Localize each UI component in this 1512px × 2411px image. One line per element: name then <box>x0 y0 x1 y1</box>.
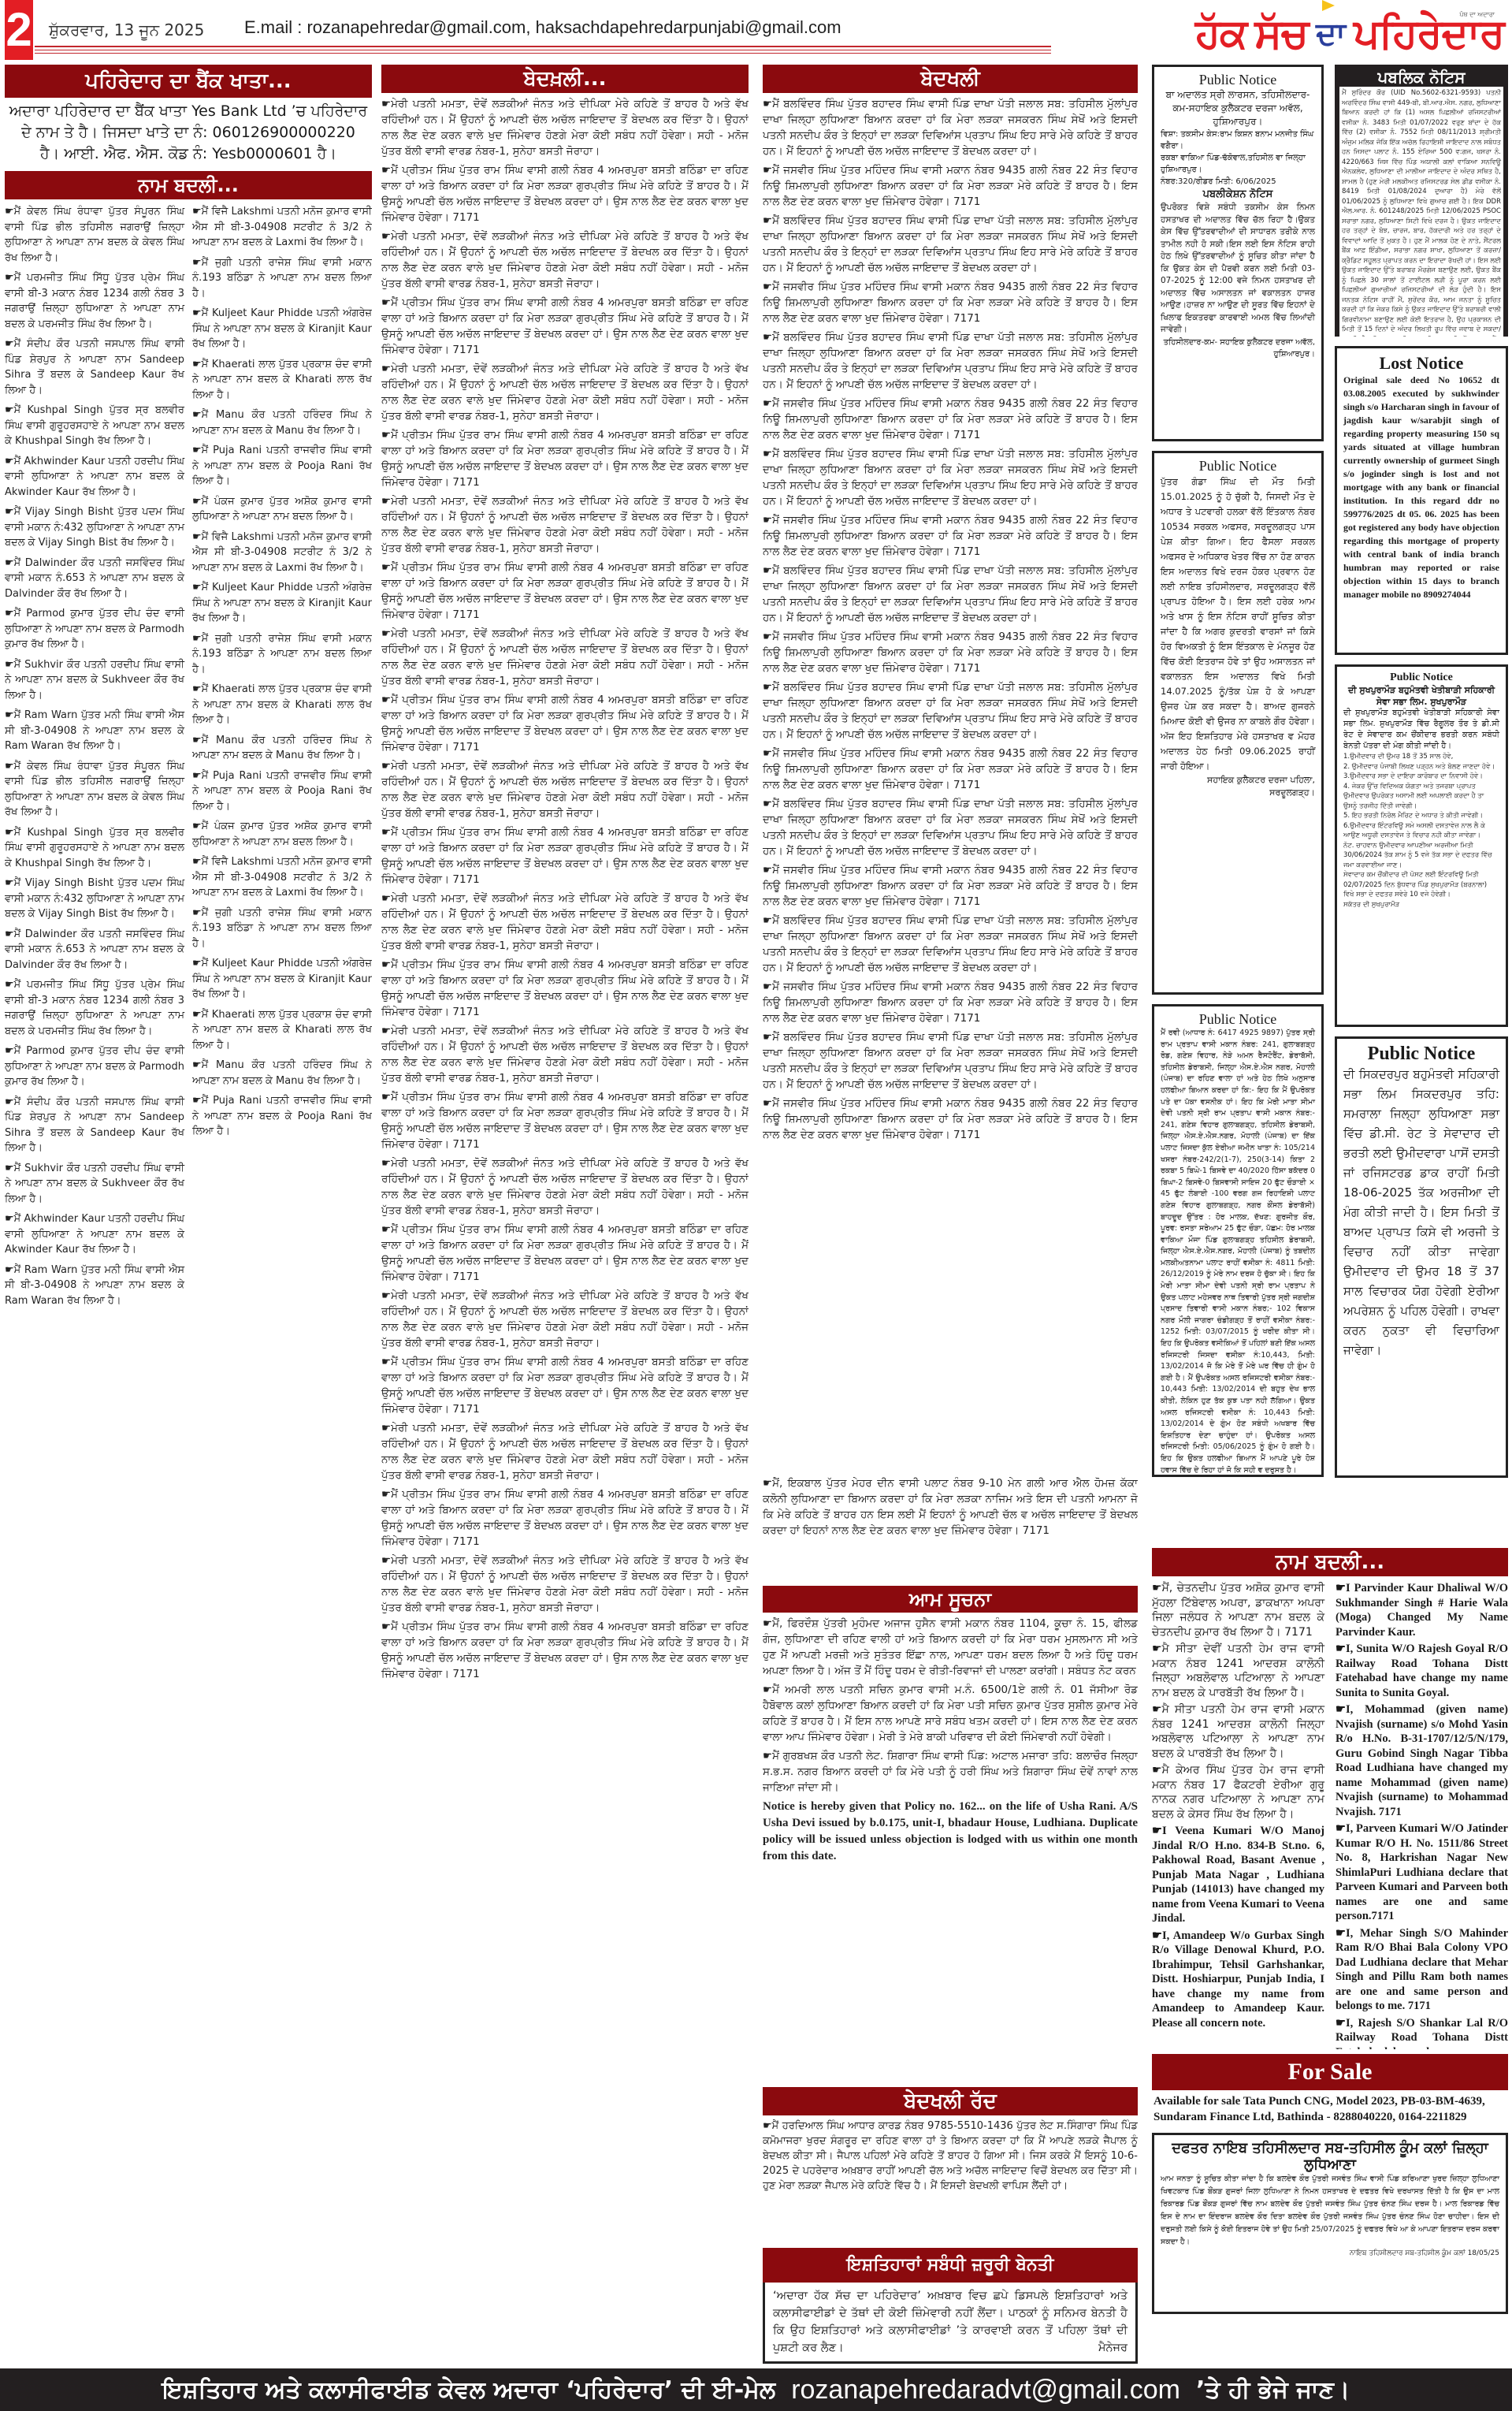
bank-ifsc-code: ਹੈ। ਆਈ. ਐਫ. ਐਸ. ਕੋਡ ਨੰ: Yesb0000601 ਹੈ। <box>6 143 370 165</box>
list-item: ਮੇਰੀ ਪਤਨੀ ਮਮਤਾ, ਦੋਵੇਂ ਲੜਕੀਆਂ ਜੰਨਤ ਅਤੇ ਦੀ… <box>381 1420 749 1483</box>
list-item: ਮੈਂ ਪੰਕਜ ਕੁਮਾਰ ਪੁੱਤਰ ਅਸ਼ੋਕ ਕੁਮਾਰ ਵਾਸੀ ਲੁ… <box>192 494 372 525</box>
section-header-name-change: ਨਾਮ ਬਦਲੀ... <box>5 171 372 199</box>
public-notice-hoshiarpur: Public Notice ਬਾ ਅਦਾਲਤ ਸ੍ਰੀ ਲਾਰਸਨ, ਤਹਿਸੀ… <box>1152 65 1324 441</box>
section-header-bedakhli: ਬੇਦਖਲੀ <box>763 65 1138 93</box>
list-item: ਮੈਂ ਪ੍ਰੀਤਮ ਸਿੰਘ ਪੁੱਤਰ ਰਾਮ ਸਿੰਘ ਵਾਸੀ ਗਲੀ … <box>381 1619 749 1682</box>
name-change-col-left: ਮੈਂ, ਚੇਤਨਦੀਪ ਪੁੱਤਰ ਅਸ਼ੋਕ ਕੁਮਾਰ ਵਾਸੀ ਮੁੱਹ… <box>1152 1581 1324 2049</box>
notice-body: ਦੀ ਸਿਕਦਰਪੁਰ ਬਹੁਮੰਤਵੀ ਸਹਿਕਾਰੀ ਸਭਾ ਲਿਮ ਸਿਕ… <box>1343 1065 1499 1360</box>
list-item: ਮੈਂ ਬਲਵਿੰਦਰ ਸਿੰਘ ਪੁੱਤਰ ਬਹਾਦਰ ਸਿੰਘ ਵਾਸੀ ਪ… <box>763 329 1138 393</box>
list-item: ਮੈਂ Akhwinder Kaur ਪਤਨੀ ਹਰਦੀਪ ਸਿੰਘ ਵਾਸੀ … <box>5 454 184 500</box>
masthead: 2 ਸ਼ੁੱਕਰਵਾਰ, 13 ਜੂਨ 2025 E.mail : rozana… <box>0 0 1512 65</box>
list-item: ਮੈਂ ਜਸਵੀਰ ਸਿੰਘ ਪੁੱਤਰ ਮਹਿੰਦਰ ਸਿੰਘ ਵਾਸੀ ਮਕ… <box>763 629 1138 676</box>
list-item: ਮੈਂ Ram Warn ਪੁੱਤਰ ਮਨੀ ਸਿੰਘ ਵਾਸੀ ਐਸ ਸੀ ਬ… <box>5 1263 184 1309</box>
list-item: ਮੈਂ ਬਲਵਿੰਦਰ ਸਿੰਘ ਪੁੱਤਰ ਬਹਾਦਰ ਸਿੰਘ ਵਾਸੀ ਪ… <box>763 1029 1138 1092</box>
column-bank-name-change: ਪਹਿਰੇਦਾਰ ਦਾ ਬੈਂਕ ਖਾਤਾ... ਅਦਾਰਾ ਪਹਿਰੇਦਾਰ … <box>5 65 372 2366</box>
bedakhli-iqbal: ਮੈਂ, ਇਕਬਾਲ ਪੁੱਤਰ ਮੇਹਰ ਦੀਨ ਵਾਸੀ ਪਲਾਟ ਨੰਬਰ… <box>763 1475 1138 1539</box>
list-item: ਮੈਂ ਪਰਮਜੀਤ ਸਿੰਘ ਸਿੱਧੂ ਪੁੱਤਰ ਪ੍ਰੇਮ ਸਿੰਘ ਵ… <box>5 977 184 1039</box>
column-notices-right: ਪਬਲਿਕ ਨੋਟਿਸ ਮੈਂ ਸੁਰਿੰਦਰ ਕੌਰ (UID No.5602… <box>1335 65 1508 1546</box>
public-notice-sardulgarh: Public Notice ਪੁੱਤਰ ਗੰਡਾ ਸਿੰਘ ਦੀ ਮੌਤ ਮਿਤ… <box>1152 451 1324 995</box>
notice-body: Original sale deed No 10652 dt 03.08.200… <box>1343 374 1499 601</box>
notice-area: ਰਕਬਾ ਵਾਕਿਆ ਪਿੰਡ-ਢੱਕੋਵਾਲ,ਤਹਿਸੀਲ ਵਾ ਜਿਲ੍ਹਾ… <box>1161 152 1315 176</box>
bedakhli-list: ਮੈਂ ਬਲਵਿੰਦਰ ਸਿੰਘ ਪੁੱਤਰ ਬਹਾਦਰ ਸਿੰਘ ਵਾਸੀ ਪ… <box>763 93 1138 1143</box>
list-item: ਮੈਂ Kuljeet Kaur Phidde ਪਤਨੀ ਅੰਗਰੇਜ਼ ਸਿੰ… <box>192 580 372 627</box>
masthead-rule-thin <box>35 50 1051 50</box>
ad-request-section: ਇਸ਼ਤਿਹਾਰਾਂ ਸਬੰਧੀ ਜ਼ਰੂਰੀ ਬੇਨਤੀ ‘ਅਦਾਰਾ ਹੱਕ… <box>763 2248 1138 2364</box>
notice-subtitle: ਪਬਲੀਕੇਸ਼ਨ ਨੋਟਿਸ <box>1161 188 1315 202</box>
list-item: ਮੈਂ ਪੰਕਜ ਕੁਮਾਰ ਪੁੱਤਰ ਅਸ਼ੋਕ ਕੁਮਾਰ ਵਾਸੀ ਲੁ… <box>192 819 372 850</box>
list-item: ਮੇਰੀ ਪਤਨੀ ਮਮਤਾ, ਦੋਵੇਂ ਲੜਕੀਆਂ ਜੰਨਤ ਅਤੇ ਦੀ… <box>381 96 749 159</box>
list-item: ਮੈਂ, ਇਕਬਾਲ ਪੁੱਤਰ ਮੇਹਰ ਦੀਨ ਵਾਸੀ ਪਲਾਟ ਨੰਬਰ… <box>763 1475 1138 1539</box>
list-item: ਮੈਂ Kushpal Singh ਪੁੱਤਰ ਸ੍ਰ ਬਲਵੀਰ ਸਿੰਘ ਵ… <box>5 825 184 872</box>
list-item: ਮੈਂ ਪ੍ਰੀਤਮ ਸਿੰਘ ਪੁੱਤਰ ਰਾਮ ਸਿੰਘ ਵਾਸੀ ਗਲੀ … <box>381 1222 749 1285</box>
notice-point: ਸੇਵਾਦਾਰ ਕਮ ਚੌਂਕੀਦਾਰ ਦੀ ਪੋਸਟ ਲਈ ਇੰਟਰਵਿਊ ਮ… <box>1343 870 1499 900</box>
list-item: ਮੈਂ ਬਲਵਿੰਦਰ ਸਿੰਘ ਪੁੱਤਰ ਬਹਾਦਰ ਸਿੰਘ ਵਾਸੀ ਪ… <box>763 213 1138 276</box>
list-item: ਮੈ ਕੇਅਰ ਸਿੰਘ ਪੁੱਤਰ ਹੇਮ ਰਾਜ ਵਾਸੀ ਮਕਾਨ ਨੰਬ… <box>1152 1763 1324 1821</box>
flag-icon <box>1322 0 1335 11</box>
list-item: ਮੈਂ ਜੁਗੀ ਪਤਨੀ ਰਾਜੇਸ਼ ਸਿੰਘ ਵਾਸੀ ਮਕਾਨ ਨੰ.1… <box>192 906 372 952</box>
notice-body: ਦੀ ਸੁਖਪੁਰਾਮੌੜ ਬਹੁਮੰਤਵੀ ਖੇਤੀਬਾੜੀ ਸਹਿਕਾਰੀ … <box>1343 708 1499 752</box>
bank-account-info: ਅਦਾਰਾ ਪਹਿਰੇਦਾਰ ਦਾ ਬੈਂਕ ਖਾਤਾ Yes Bank Ltd… <box>5 98 372 168</box>
notice-title: Public Notice <box>1161 458 1315 474</box>
list-item: ਮੇਰੀ ਪਤਨੀ ਮਮਤਾ, ਦੋਵੇਂ ਲੜਕੀਆਂ ਜੰਨਤ ਅਤੇ ਦੀ… <box>381 361 749 424</box>
section-header-bedakhli: ਬੇਦਖ਼ਲੀ... <box>381 65 749 93</box>
list-item: I, Parveen Kumari W/O Jatinder Kumar R/O… <box>1336 1821 1508 1924</box>
list-item: ਮੈਂ Manu ਕੌਰ ਪਤਨੀ ਹਰਿੰਦਰ ਸਿੰਘ ਨੇ ਆਪਣਾ ਨਾ… <box>192 407 372 438</box>
notice-point: 2. ਉਮੀਦਵਾਰ ਪੰਜਾਬੀ ਲਿਖਣ ਪੜ੍ਹਨ ਅਤੇ ਬੋਲਣ ਜਾ… <box>1343 762 1499 772</box>
public-notice-sikandarpur: Public Notice ਦੀ ਸਿਕਦਰਪੁਰ ਬਹੁਮੰਤਵੀ ਸਹਿਕਾ… <box>1335 1036 1508 1478</box>
list-item: ਮੈਂ ਸੰਦੀਪ ਕੌਰ ਪਤਨੀ ਜਸਪਾਲ ਸਿੰਘ ਵਾਸੀ ਪਿੰਡ … <box>5 1095 184 1156</box>
bank-account-number: ਦੇ ਨਾਮ ਤੇ ਹੈ। ਜਿਸਦਾ ਖਾਤੇ ਦਾ ਨੰ: 06012690… <box>6 122 370 143</box>
notice-point: 6.ਉਮੀਦਵਾਰ ਇੰਟਰਵਿਊ ਸਮੇ ਅਸਲੀ ਦਸਤਾਵੇਜ਼ ਨਾਲ … <box>1343 821 1499 841</box>
aam-suchna-section: ਆਮ ਸੂਚਨਾ ਮੈਂ, ਫਿਰਦੌਸ਼ ਪੁੱਤਰੀ ਮੁਹੰਮਦ ਅਜਾਜ… <box>763 1586 1138 1865</box>
section-header-ad-request: ਇਸ਼ਤਿਹਾਰਾਂ ਸਬੰਧੀ ਜ਼ਰੂਰੀ ਬੇਨਤੀ <box>763 2248 1138 2283</box>
list-item: ਮੈਂ ਬਲਵਿੰਦਰ ਸਿੰਘ ਪੁੱਤਰ ਬਹਾਦਰ ਸਿੰਘ ਵਾਸੀ ਪ… <box>763 796 1138 859</box>
notice-signature: ਨਾਇਬ ਤਹਿਸੀਲਦਾਰ ਸਬ-ਤਹਿਸੀਲ ਕੂੰਮ ਕਲਾਂ 18/05… <box>1161 2249 1499 2259</box>
public-notice-sukhpura: Public Notice ਦੀ ਸੁਖਪੁਰਾਮੌੜ ਬਹੁਮੰਤਵੀ ਖੇਤ… <box>1335 664 1508 1027</box>
list-item: ਮੈਂ Kuljeet Kaur Phidde ਪਤਨੀ ਅੰਗਰੇਜ਼ ਸਿੰ… <box>192 956 372 1003</box>
list-item: ਮੈਂ Puja Rani ਪਤਨੀ ਰਾਜਵੀਰ ਸਿੰਘ ਵਾਸੀ ਨੇ ਆ… <box>192 1093 372 1140</box>
section-header-aam-suchna: ਆਮ ਸੂਚਨਾ <box>763 1586 1138 1613</box>
list-item: ਮੇਰੀ ਪਤਨੀ ਮਮਤਾ, ਦੋਵੇਂ ਲੜਕੀਆਂ ਜੰਨਤ ਅਤੇ ਦੀ… <box>381 1553 749 1616</box>
list-item: ਮੈਂ ਪਰਮਜੀਤ ਸਿੰਘ ਸਿੱਧੂ ਪੁੱਤਰ ਪ੍ਰੇਮ ਸਿੰਘ ਵ… <box>5 270 184 332</box>
list-item: ਮੈ ਸੀਤਾ ਦੇਵੀਂ ਪਤਨੀ ਹੇਮ ਰਾਜ ਵਾਸੀ ਮਕਾਨ ਨੰਬ… <box>1152 1642 1324 1700</box>
notice-point: ਨੋਟ. ਚਾਹਵਾਨ ਉਮੀਦਵਾਰ ਆਪਣੀਆ ਅਰਜੀਆ ਮਿਤੀ 30/… <box>1343 841 1499 871</box>
list-item: ਮੈਂ ਜਸਵੀਰ ਸਿੰਘ ਪੁੱਤਰ ਮਹਿੰਦਰ ਸਿੰਘ ਵਾਸੀ ਮਕ… <box>763 1096 1138 1143</box>
list-item: ਮੈਂ ਪ੍ਰੀਤਮ ਸਿੰਘ ਪੁੱਤਰ ਰਾਮ ਸਿੰਘ ਵਾਸੀ ਗਲੀ … <box>381 560 749 623</box>
logo-word: ਪਹਿਰੇਦਾਰ <box>1354 13 1504 54</box>
notice-title: ਦਫਤਰ ਨਾਇਬ ਤਹਿਸੀਲਦਾਰ ਸਬ-ਤਹਿਸੀਲ ਕੂੰਮ ਕਲਾਂ … <box>1161 2140 1499 2173</box>
list-item: ਮੈਂ ਪ੍ਰੀਤਮ ਸਿੰਘ ਪੁੱਤਰ ਰਾਮ ਸਿੰਘ ਵਾਸੀ ਗਲੀ … <box>381 824 749 887</box>
list-item: ਮੈਂ ਪ੍ਰੀਤਮ ਸਿੰਘ ਪੁੱਤਰ ਰਾਮ ਸਿੰਘ ਵਾਸੀ ਗਲੀ … <box>381 692 749 755</box>
section-header-bedakhli-radd: ਬੇਦਖਲੀ ਰੱਦ <box>763 2087 1138 2115</box>
list-item: ਮੈਂ ਜੁਗੀ ਪਤਨੀ ਰਾਜੇਸ਼ ਸਿੰਘ ਵਾਸੀ ਮਕਾਨ ਨੰ.1… <box>192 631 372 678</box>
list-item: ਮੈਂ Manu ਕੌਰ ਪਤਨੀ ਹਰਿੰਦਰ ਸਿੰਘ ਨੇ ਆਪਣਾ ਨਾ… <box>192 1058 372 1088</box>
list-item: ਮੈਂ Dalwinder ਕੌਰ ਪਤਨੀ ਜਸਵਿੰਦਰ ਸਿੰਘ ਵਾਸੀ… <box>5 927 184 973</box>
list-item: ਮੈਂ ਕੇਵਲ ਸਿੰਘ ਰੰਧਾਵਾ ਪੁੱਤਰ ਸੰਪੂਰਨ ਸਿੰਘ ਵ… <box>5 759 184 820</box>
notice-point: 3.ਉਮੀਦਵਾਰ ਸਭਾ ਦੇ ਦਾਇਰਾ ਕਾਰੋਬਾਰ ਦਾ ਨਿਵਾਸੀ… <box>1343 772 1499 782</box>
name-change-col-right: ਮੈਂ ਵਿਜੈ Lakshmi ਪਤਨੀ ਮਨੋਜ ਕੁਮਾਰ ਵਾਸੀ ਐਸ… <box>192 204 372 1313</box>
notice-body: ਪੁੱਤਰ ਗੰਡਾ ਸਿੰਘ ਦੀ ਮੌਤ ਮਿਤੀ 15.01.2025 ਨ… <box>1161 474 1315 774</box>
list-item: I, Rajesh S/O Shankar Lal R/O Railway Ro… <box>1336 2016 1508 2050</box>
list-item: ਮੈਂ Khaerati ਲਾਲ ਪੁੱਤਰ ਪ੍ਰਕਾਸ਼ ਚੰਦ ਵਾਸੀ … <box>192 1007 372 1054</box>
masthead-rule-thin <box>35 53 1051 54</box>
list-item: I Veena Kumari W/O Manoj Jindal R/O H.no… <box>1152 1824 1324 1926</box>
notice-point: 4. ਜੇਕਰ ਉੱਚ ਵਿਦਿਅਕ ਯੋਗਤਾ ਅਤੇ ਤਜਰਬਾ ਪ੍ਰਾਪ… <box>1343 782 1499 812</box>
notice-body: ਮੈਂ ਸੁਰਿੰਦਰ ਕੌਰ (UID No.5602-6321-9593) … <box>1342 89 1501 337</box>
section-header-for-sale: For Sale <box>1152 2054 1508 2090</box>
list-item: ਮੇਰੀ ਪਤਨੀ ਮਮਤਾ, ਦੋਵੇਂ ਲੜਕੀਆਂ ਜੰਨਤ ਅਤੇ ਦੀ… <box>381 493 749 556</box>
notice-signature: ਤਹਿਸੀਲਦਾਰ-ਕਮ- ਸਹਾਇਕ ਕੁਲੈਕਟਰ ਦਰਜਾ ਅਵੱਲ, ਹ… <box>1161 337 1315 360</box>
list-item: ਮੇਰੀ ਪਤਨੀ ਮਮਤਾ, ਦੋਵੇਂ ਲੜਕੀਆਂ ਜੰਨਤ ਅਤੇ ਦੀ… <box>381 1023 749 1086</box>
list-item: ਮੇਰੀ ਪਤਨੀ ਮਮਤਾ, ਦੋਵੇਂ ਲੜਕੀਆਂ ਜੰਨਤ ਅਤੇ ਦੀ… <box>381 1288 749 1351</box>
masthead-rule <box>35 46 1051 47</box>
list-item: ਮੈਂ Vijay Singh Bisht ਪੁੱਤਰ ਪਦਮ ਸਿੰਘ ਵਾਸ… <box>5 504 184 551</box>
tehsil-office-notice: ਦਫਤਰ ਨਾਇਬ ਤਹਿਸੀਲਦਾਰ ਸਬ-ਤਹਿਸੀਲ ਕੂੰਮ ਕਲਾਂ … <box>1152 2133 1508 2314</box>
ad-request-signature: ਮੈਨੇਜਰ <box>1098 2339 1127 2357</box>
logo-tagline: ਪੰਥ ਦਾ ਅਦਾਰਾ <box>1459 11 1495 19</box>
ad-request-box: ‘ਅਦਾਰਾ ਹੱਕ ਸੱਚ ਦਾ ਪਹਿਰੇਦਾਰ’ ਅਖ਼ਬਾਰ ਵਿਚ ਛ… <box>763 2283 1138 2364</box>
list-item: ਮੈਂ ਪ੍ਰੀਤਮ ਸਿੰਘ ਪੁੱਤਰ ਰਾਮ ਸਿੰਘ ਵਾਸੀ ਗਲੀ … <box>381 295 749 358</box>
list-item: ਮੈਂ Sukhvir ਕੌਰ ਪਤਨੀ ਹਰਦੀਪ ਸਿੰਘ ਵਾਸੀ ਨੇ … <box>5 657 184 704</box>
list-item: ਮੈਂ ਜਸਵੀਰ ਸਿੰਘ ਪੁੱਤਰ ਮਹਿੰਦਰ ਸਿੰਘ ਵਾਸੀ ਮਕ… <box>763 162 1138 210</box>
notice-body-box: ਮੈਂ ਸੁਰਿੰਦਰ ਕੌਰ (UID No.5602-6321-9593) … <box>1339 87 1503 337</box>
list-item: ਮੇਰੀ ਪਤਨੀ ਮਮਤਾ, ਦੋਵੇਂ ਲੜਕੀਆਂ ਜੰਨਤ ਅਤੇ ਦੀ… <box>381 626 749 689</box>
list-item: ਮੈਂ ਜਸਵੀਰ ਸਿੰਘ ਪੁੱਤਰ ਮਹਿੰਦਰ ਸਿੰਘ ਵਾਸੀ ਮਕ… <box>763 979 1138 1026</box>
list-item: ਮੈਂ ਜਸਵੀਰ ਸਿੰਘ ਪੁੱਤਰ ਮਹਿੰਦਰ ਸਿੰਘ ਵਾਸੀ ਮਕ… <box>763 746 1138 793</box>
list-item: ਮੈਂ ਪ੍ਰੀਤਮ ਸਿੰਘ ਪੁੱਤਰ ਰਾਮ ਸਿੰਘ ਵਾਸੀ ਗਲੀ … <box>381 427 749 490</box>
logo-word: ਸੱਚ <box>1254 13 1308 54</box>
notice-title: ਪਬਲਿਕ ਨੋਟਿਸ <box>1339 68 1503 87</box>
list-item: ਮੈਂ Ram Warn ਪੁੱਤਰ ਮਨੀ ਸਿੰਘ ਵਾਸੀ ਐਸ ਸੀ ਬ… <box>5 708 184 754</box>
list-item: ਮੈਂ ਅਮਰੀ ਲਾਲ ਪਤਨੀ ਸਚਿਨ ਕੁਮਾਰ ਵਾਸੀ ਮ.ਨੰ. … <box>763 1682 1138 1745</box>
name-change-col-right: I Parvinder Kaur Dhaliwal W/O Sukhmander… <box>1336 1581 1508 2049</box>
list-item: ਮੈਂ Vijay Singh Bisht ਪੁੱਤਰ ਪਦਮ ਸਿੰਘ ਵਾਸ… <box>5 876 184 922</box>
footer-banner: ਇਸ਼ਤਿਹਾਰ ਅਤੇ ਕਲਾਸੀਫਾਈਡ ਕੇਵਲ ਅਦਾਰਾ ‘ਪਹਿਰੇ… <box>0 2368 1512 2411</box>
list-item: ਮੈਂ ਬਲਵਿੰਦਰ ਸਿੰਘ ਪੁੱਤਰ ਬਹਾਦਰ ਸਿੰਘ ਵਾਸੀ ਪ… <box>763 679 1138 742</box>
notice-signature: ਸਕੱਤਰ ਦੀ ਸੁਖਪੁਰਾਮੌੜ <box>1343 900 1499 910</box>
footer-email-link[interactable]: rozanapehredaradvt@gmail.com <box>791 2375 1180 2405</box>
list-item: ਮੈਂ ਜਸਵੀਰ ਸਿੰਘ ਪੁੱਤਰ ਮਹਿੰਦਰ ਸਿੰਘ ਵਾਸੀ ਮਕ… <box>763 396 1138 443</box>
list-item: ਮੈਂ, ਚੇਤਨਦੀਪ ਪੁੱਤਰ ਅਸ਼ੋਕ ਕੁਮਾਰ ਵਾਸੀ ਮੁੱਹ… <box>1152 1581 1324 1639</box>
name-change-col-left: ਮੈਂ ਕੇਵਲ ਸਿੰਘ ਰੰਧਾਵਾ ਪੁੱਤਰ ਸੰਪੂਰਨ ਸਿੰਘ ਵ… <box>5 204 184 1313</box>
notice-title: Lost Notice <box>1343 353 1499 374</box>
column-bedakhli: ਬੇਦਖ਼ਲੀ... ਮੇਰੀ ਪਤਨੀ ਮਮਤਾ, ਦੋਵੇਂ ਲੜਕੀਆਂ … <box>381 65 749 2366</box>
list-item: I, Mehar Singh S/O Mahinder Ram R/O Bhai… <box>1336 1926 1508 2014</box>
list-item: ਮੈਂ Parmod ਕੁਮਾਰ ਪੁੱਤਰ ਦੀਪ ਚੰਦ ਵਾਸੀ ਲੁਧਿ… <box>5 1044 184 1090</box>
list-item: ਮੈਂ Khaerati ਲਾਲ ਪੁੱਤਰ ਪ੍ਰਕਾਸ਼ ਚੰਦ ਵਾਸੀ … <box>192 357 372 404</box>
list-item: ਮੈਂ ਜਸਵੀਰ ਸਿੰਘ ਪੁੱਤਰ ਮਹਿੰਦਰ ਸਿੰਘ ਵਾਸੀ ਮਕ… <box>763 862 1138 910</box>
notice-title: Public Notice <box>1161 72 1315 88</box>
column-public-notices: Public Notice ਬਾ ਅਦਾਲਤ ਸ੍ਰੀ ਲਾਰਸਨ, ਤਹਿਸੀ… <box>1152 65 1324 1546</box>
list-item: ਮੈਂ ਸੰਦੀਪ ਕੌਰ ਪਤਨੀ ਜਸਪਾਲ ਸਿੰਘ ਵਾਸੀ ਪਿੰਡ … <box>5 337 184 398</box>
list-item: ਮੈਂ ਵਿਜੈ Lakshmi ਪਤਨੀ ਮਨੋਜ ਕੁਮਾਰ ਵਾਸੀ ਐਸ… <box>192 530 372 576</box>
list-item: ਮੈਂ ਬਲਵਿੰਦਰ ਸਿੰਘ ਪੁੱਤਰ ਬਹਾਦਰ ਸਿੰਘ ਵਾਸੀ ਪ… <box>763 446 1138 509</box>
list-item: I, Sunita W/O Rajesh Goyal R/O Railway R… <box>1336 1642 1508 1700</box>
list-item: ਮੈਂ ਗੁਰਬਖਸ਼ ਕੌਰ ਪਤਨੀ ਲੇਟ. ਸ਼ਿਗਾਰਾ ਸਿੰਘ ਵ… <box>763 1748 1138 1795</box>
newspaper-logo: ਹੱਕ ਸੱਚ ਦਾ ਪਹਿਰੇਦਾਰ ਪੰਥ ਦਾ ਅਦਾਰਾ <box>1063 5 1504 63</box>
list-item: ਮੈਂ ਬਲਵਿੰਦਰ ਸਿੰਘ ਪੁੱਤਰ ਬਹਾਦਰ ਸਿੰਘ ਵਾਸੀ ਪ… <box>763 563 1138 626</box>
notice-court: ਬਾ ਅਦਾਲਤ ਸ੍ਰੀ ਲਾਰਸਨ, ਤਹਿਸੀਲਦਾਰ-ਕਮ-ਸਹਾਇਕ … <box>1161 88 1315 128</box>
list-item: ਮੈਂ Khaerati ਲਾਲ ਪੁੱਤਰ ਪ੍ਰਕਾਸ਼ ਚੰਦ ਵਾਸੀ … <box>192 682 372 728</box>
list-item: ਮੇਰੀ ਪਤਨੀ ਮਮਤਾ, ਦੋਵੇਂ ਲੜਕੀਆਂ ਜੰਨਤ ਅਤੇ ਦੀ… <box>381 1155 749 1219</box>
list-item: ਮੈਂ Manu ਕੌਰ ਪਤਨੀ ਹਰਿੰਦਰ ਸਿੰਘ ਨੇ ਆਪਣਾ ਨਾ… <box>192 733 372 764</box>
page-number: 2 <box>5 0 33 60</box>
column-bedakhli-2: ਬੇਦਖਲੀ ਮੈਂ ਬਲਵਿੰਦਰ ਸਿੰਘ ਪੁੱਤਰ ਬਹਾਦਰ ਸਿੰਘ… <box>763 65 1138 2366</box>
list-item: ਮੈਂ ਪ੍ਰੀਤਮ ਸਿੰਘ ਪੁੱਤਰ ਰਾਮ ਸਿੰਘ ਵਾਸੀ ਗਲੀ … <box>381 1486 749 1550</box>
list-item: I Parvinder Kaur Dhaliwal W/O Sukhmander… <box>1336 1581 1508 1639</box>
name-change-list-2: ਮੈਂ, ਚੇਤਨਦੀਪ ਪੁੱਤਰ ਅਸ਼ੋਕ ਕੁਮਾਰ ਵਾਸੀ ਮੁੱਹ… <box>1152 1576 1508 2049</box>
list-item: I, Mohammad (given name) Nvajish (surnam… <box>1336 1702 1508 1819</box>
contact-emails: E.mail : rozanapehredar@gmail.com, haksa… <box>244 17 841 38</box>
list-item: ਮੇਰੀ ਪਤਨੀ ਮਮਤਾ, ਦੋਵੇਂ ਲੜਕੀਆਂ ਜੰਨਤ ਅਤੇ ਦੀ… <box>381 229 749 292</box>
notice-heading: ਦੀ ਸੁਖਪੁਰਾਮੌੜ ਬਹੁਮੰਤਵੀ ਖੇਤੀਬਾੜੀ ਸਹਿਕਾਰੀ … <box>1343 684 1499 708</box>
notice-body: ਮੈਂ ਰਵੀ (ਆਧਾਰ ਨੰ: 6417 4925 9897) ਪੁੱਤਰ … <box>1161 1028 1315 1476</box>
notice-number: ਨੰਬਰ:320/ਰੀਡਰ ਮਿਤੀ: 6/06/2025 <box>1161 176 1315 188</box>
notice-title: Public Notice <box>1343 1044 1499 1065</box>
list-item: ਮੈਂ ਪ੍ਰੀਤਮ ਸਿੰਘ ਪੁੱਤਰ ਰਾਮ ਸਿੰਘ ਵਾਸੀ ਗਲੀ … <box>381 957 749 1020</box>
public-notice-surinder-kaur: ਪਬਲਿਕ ਨੋਟਿਸ ਮੈਂ ਸੁਰਿੰਦਰ ਕੌਰ (UID No.5602… <box>1335 65 1508 337</box>
list-item: ਮੈਂ ਜਸਵੀਰ ਸਿੰਘ ਪੁੱਤਰ ਮਹਿੰਦਰ ਸਿੰਘ ਵਾਸੀ ਮਕ… <box>763 512 1138 560</box>
notice-points: 1.ਉਮੀਦਵਾਰ ਦੀ ਉਮਰ 18 ਤੋਂ 35 ਸਾਲ ਹੋਵੇ, 2. … <box>1343 752 1499 910</box>
list-item: ਮੈਂ ਜੁਗੀ ਪਤਨੀ ਰਾਜੇਸ਼ ਸਿੰਘ ਵਾਸੀ ਮਕਾਨ ਨੰ.1… <box>192 255 372 302</box>
list-item: ਮੈਂ Parmod ਕੁਮਾਰ ਪੁੱਤਰ ਦੀਪ ਚੰਦ ਵਾਸੀ ਲੁਧਿ… <box>5 606 184 653</box>
list-item: I, Amandeep W/o Gurbax Singh R/o Village… <box>1152 1929 1324 2031</box>
public-notice-derabassi: Public Notice ਮੈਂ ਰਵੀ (ਆਧਾਰ ਨੰ: 6417 492… <box>1152 1004 1324 1477</box>
bedakhli-list: ਮੇਰੀ ਪਤਨੀ ਮਮਤਾ, ਦੋਵੇਂ ਲੜਕੀਆਂ ਜੰਨਤ ਅਤੇ ਦੀ… <box>381 93 749 1682</box>
list-item: ਮੈਂ ਪ੍ਰੀਤਮ ਸਿੰਘ ਪੁੱਤਰ ਰਾਮ ਸਿੰਘ ਵਾਸੀ ਗਲੀ … <box>381 1089 749 1152</box>
for-sale-body: Available for sale Tata Punch CNG, Model… <box>1152 2090 1508 2128</box>
bottom-right-section: ਨਾਮ ਬਦਲੀ... ਮੈਂ, ਚੇਤਨਦੀਪ ਪੁੱਤਰ ਅਸ਼ੋਕ ਕੁਮ… <box>1152 1548 1508 2364</box>
lic-policy-notice: Notice is hereby given that Policy no. 1… <box>763 1799 1138 1865</box>
footer-suffix: ’ਤੇ ਹੀ ਭੇਜੇ ਜਾਣ। <box>1196 2376 1350 2404</box>
notice-subject: ਵਿਸ਼ਾ: ਤਕਸੀਮ ਕੇਸ:ਰਾਮ ਕਿਸ਼ਨ ਬਨਾਮ ਮਨਜੀਤ ਸਿ… <box>1161 128 1315 152</box>
notice-point: 5. ਇਹ ਭਰਤੀ ਨਿਰੋਲ ਮੈਰਿਟ ਦੇ ਅਧਾਰ ਤੇ ਕੀਤੀ ਜ… <box>1343 811 1499 821</box>
list-item: ਮੈਂ Dalwinder ਕੌਰ ਪਤਨੀ ਜਸਵਿੰਦਰ ਸਿੰਘ ਵਾਸੀ… <box>5 556 184 602</box>
list-item: ਮੇਰੀ ਪਤਨੀ ਮਮਤਾ, ਦੋਵੇਂ ਲੜਕੀਆਂ ਜੰਨਤ ਅਤੇ ਦੀ… <box>381 891 749 954</box>
list-item: ਮੈਂ ਜਸਵੀਰ ਸਿੰਘ ਪੁੱਤਰ ਮਹਿੰਦਰ ਸਿੰਘ ਵਾਸੀ ਮਕ… <box>763 279 1138 326</box>
list-item: ਮੈਂ ਬਲਵਿੰਦਰ ਸਿੰਘ ਪੁੱਤਰ ਬਹਾਦਰ ਸਿੰਘ ਵਾਸੀ ਪ… <box>763 913 1138 976</box>
bedakhli-radd-section: ਬੇਦਖਲੀ ਰੱਦ ਮੈਂ ਹਰਦਿਆਲ ਸਿੰਘ ਆਧਾਰ ਕਾਰਡ ਨੰਬ… <box>763 2087 1138 2193</box>
notice-title: Public Notice <box>1343 672 1499 684</box>
list-item: ਮੈਂ ਕੇਵਲ ਸਿੰਘ ਰੰਧਾਵਾ ਪੁੱਤਰ ਸੰਪੂਰਨ ਸਿੰਘ ਵ… <box>5 204 184 266</box>
name-change-list: ਮੈਂ ਕੇਵਲ ਸਿੰਘ ਰੰਧਾਵਾ ਪੁੱਤਰ ਸੰਪੂਰਨ ਸਿੰਘ ਵ… <box>5 199 372 1313</box>
footer-text: ਇਸ਼ਤਿਹਾਰ ਅਤੇ ਕਲਾਸੀਫਾਈਡ ਕੇਵਲ ਅਦਾਰਾ ‘ਪਹਿਰੇ… <box>162 2376 775 2404</box>
list-item: ਮੈਂ ਬਲਵਿੰਦਰ ਸਿੰਘ ਪੁੱਤਰ ਬਹਾਦਰ ਸਿੰਘ ਵਾਸੀ ਪ… <box>763 96 1138 159</box>
list-item: ਮੈਂ, ਫਿਰਦੌਸ਼ ਪੁੱਤਰੀ ਮੁਹੰਮਦ ਅਜਾਜ ਹੁਸੈਨ ਵਾ… <box>763 1616 1138 1679</box>
list-item: ਮੈ ਸੀਤਾ ਪਤਨੀ ਹੇਮ ਰਾਜ ਵਾਸੀ ਮਕਾਨ ਨੰਬਰ 1241… <box>1152 1702 1324 1761</box>
notice-point: 1.ਉਮੀਦਵਾਰ ਦੀ ਉਮਰ 18 ਤੋਂ 35 ਸਾਲ ਹੋਵੇ, <box>1343 752 1499 762</box>
bank-line: ਅਦਾਰਾ ਪਹਿਰੇਦਾਰ ਦਾ ਬੈਂਕ ਖਾਤਾ Yes Bank Ltd… <box>6 101 370 122</box>
list-item: ਮੈਂ ਵਿਜੈ Lakshmi ਪਤਨੀ ਮਨੋਜ ਕੁਮਾਰ ਵਾਸੀ ਐਸ… <box>192 854 372 901</box>
list-item: ਮੈਂ Sukhvir ਕੌਰ ਪਤਨੀ ਹਰਦੀਪ ਸਿੰਘ ਵਾਸੀ ਨੇ … <box>5 1161 184 1207</box>
list-item: ਮੈਂ Akhwinder Kaur ਪਤਨੀ ਹਰਦੀਪ ਸਿੰਘ ਵਾਸੀ … <box>5 1211 184 1258</box>
issue-date: ਸ਼ੁੱਕਰਵਾਰ, 13 ਜੂਨ 2025 <box>49 20 204 39</box>
list-item: ਮੈਂ Kuljeet Kaur Phidde ਪਤਨੀ ਅੰਗਰੇਜ਼ ਸਿੰ… <box>192 306 372 352</box>
notice-signature: ਸਹਾਇਕ ਕੁਲੈਕਟਰ ਦਰਜਾ ਪਹਿਲਾ, ਸਰਦੂਲਗੜ੍ਹ। <box>1161 774 1315 799</box>
list-item: ਮੈਂ Puja Rani ਪਤਨੀ ਰਾਜਵੀਰ ਸਿੰਘ ਵਾਸੀ ਨੇ ਆ… <box>192 768 372 815</box>
section-header-bank: ਪਹਿਰੇਦਾਰ ਦਾ ਬੈਂਕ ਖਾਤਾ... <box>5 65 372 98</box>
lost-notice: Lost Notice Original sale deed No 10652 … <box>1335 346 1508 655</box>
list-item: ਮੈਂ ਪ੍ਰੀਤਮ ਸਿੰਘ ਪੁੱਤਰ ਰਾਮ ਸਿੰਘ ਵਾਸੀ ਗਲੀ … <box>381 1354 749 1417</box>
list-item: ਮੈਂ Puja Rani ਪਤਨੀ ਰਾਜਵੀਰ ਸਿੰਘ ਵਾਸੀ ਨੇ ਆ… <box>192 443 372 489</box>
list-item: ਮੈਂ Kushpal Singh ਪੁੱਤਰ ਸ੍ਰ ਬਲਵੀਰ ਸਿੰਘ ਵ… <box>5 403 184 449</box>
logo-word: ਹੱਕ <box>1195 13 1246 54</box>
notice-body: ਆਮ ਜਨਤਾ ਨੂੰ ਸੂਚਿਤ ਕੀਤਾ ਜਾਂਦਾ ਹੈ ਕਿ ਬਲਦੇਵ… <box>1161 2173 1499 2249</box>
notice-body: ਉਪਰੋਕਤ ਵਿਸ਼ੇ ਸਬੰਧੀ ਤਕਸੀਮ ਕੇਸ ਨਿਮਨ ਹਸਤਾਖਰ… <box>1161 202 1315 337</box>
section-header-name-change-2: ਨਾਮ ਬਦਲੀ... <box>1152 1548 1508 1576</box>
ad-request-text: ‘ਅਦਾਰਾ ਹੱਕ ਸੱਚ ਦਾ ਪਹਿਰੇਦਾਰ’ ਅਖ਼ਬਾਰ ਵਿਚ ਛ… <box>773 2290 1127 2354</box>
list-item: ਮੈਂ ਹਰਦਿਆਲ ਸਿੰਘ ਆਧਾਰ ਕਾਰਡ ਨੰਬਰ 9785-5510… <box>763 2115 1138 2193</box>
list-item: ਮੈਂ ਪ੍ਰੀਤਮ ਸਿੰਘ ਪੁੱਤਰ ਰਾਮ ਸਿੰਘ ਵਾਸੀ ਗਲੀ … <box>381 162 749 225</box>
list-item: ਮੈਂ ਵਿਜੈ Lakshmi ਪਤਨੀ ਮਨੋਜ ਕੁਮਾਰ ਵਾਸੀ ਐਸ… <box>192 204 372 251</box>
list-item: ਮੇਰੀ ਪਤਨੀ ਮਮਤਾ, ਦੋਵੇਂ ਲੜਕੀਆਂ ਜੰਨਤ ਅਤੇ ਦੀ… <box>381 758 749 821</box>
notice-title: Public Notice <box>1161 1011 1315 1028</box>
logo-da: ਦਾ <box>1316 16 1346 52</box>
aam-suchna-list: ਮੈਂ, ਫਿਰਦੌਸ਼ ਪੁੱਤਰੀ ਮੁਹੰਮਦ ਅਜਾਜ ਹੁਸੈਨ ਵਾ… <box>763 1613 1138 1865</box>
